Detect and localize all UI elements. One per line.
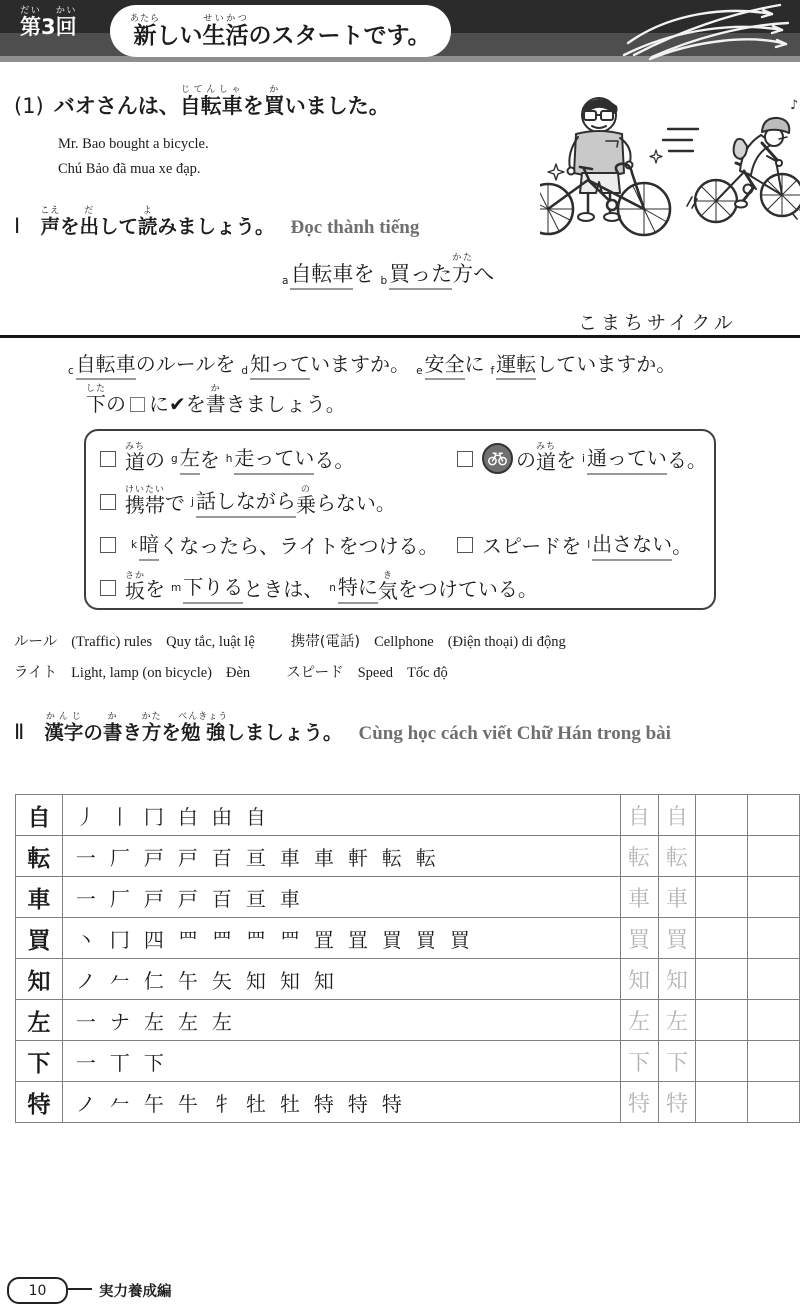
text-run: の [145, 444, 165, 473]
practice-kanji-cell: 特 [620, 1082, 658, 1123]
practice-kanji-cell: 左 [658, 1000, 696, 1041]
stroke-order-cell: 一厂戸戸百亘車車軒転転 [62, 836, 620, 877]
stroke-step: 丅 [103, 1047, 137, 1076]
text-run: のスタートです。 [249, 23, 431, 49]
checklist-item: スピードをl出さない。 [457, 523, 714, 566]
text-run: していますか。 [536, 352, 676, 376]
blank-practice-cell [696, 836, 748, 877]
answer-underlined-text: 下りる [183, 571, 243, 604]
text-run: の [516, 444, 536, 473]
vocab-translation-english: Speed [358, 665, 393, 681]
answer-underlined-text: 暗 [139, 528, 159, 561]
page-number: 10 [29, 1283, 47, 1299]
stroke-step: 矢 [205, 965, 239, 994]
text-run: を [186, 392, 206, 416]
practice-kanji-cell: 転 [658, 836, 696, 877]
blank-practice-cell [748, 1082, 800, 1123]
stroke-step: 下 [137, 1047, 171, 1076]
text-with-furigana: 下した [86, 392, 106, 416]
blank-practice-cell [748, 877, 800, 918]
stroke-step: 厂 [103, 842, 137, 871]
blank-practice-cell [696, 795, 748, 836]
stroke-step: 一 [69, 883, 103, 912]
text-run: をつけている。 [398, 573, 538, 602]
text-run: バオさんは、 [54, 94, 180, 118]
text-with-furigana: 書か [103, 721, 123, 744]
stroke-step: 罒 [239, 924, 273, 953]
furigana: じてんしゃ [180, 85, 243, 95]
speeding-cyclist-illustration: ♪ [663, 98, 800, 222]
blank-practice-cell [748, 1000, 800, 1041]
text-run: る。 [314, 444, 354, 473]
text-with-furigana: 方かた [142, 721, 162, 744]
blank-practice-cell [748, 918, 800, 959]
practice-kanji-cell: 買 [658, 918, 696, 959]
text-run: ✔ [169, 392, 186, 416]
text-with-furigana: 出だ [79, 215, 99, 238]
practice-kanji-cell: 知 [658, 959, 696, 1000]
section1-heading: Ⅰ声こえを出だして読よみましょう。Đọc thành tiếng [14, 202, 419, 239]
stroke-step: 左 [171, 1006, 205, 1035]
stroke-order-cell: ノ𠂉仁午矢知知知 [62, 959, 620, 1000]
page-number-pill: 10 [7, 1277, 68, 1304]
text-run: して [99, 215, 138, 238]
stroke-order-cell: 一厂戸戸百亘車 [62, 877, 620, 918]
stroke-step: 白 [171, 801, 205, 830]
stroke-order-cell: 一ナ左左左 [62, 1000, 620, 1041]
stroke-step: 買 [375, 924, 409, 953]
vocab-term-japanese: スピード [286, 665, 343, 681]
text-run: スピードを [482, 530, 581, 559]
text-run: のルールを [136, 352, 236, 376]
section2-numeral: Ⅱ [14, 720, 24, 744]
answer-underlined-text: 出さない [592, 528, 672, 561]
kanji-cell: 左 [16, 1000, 63, 1041]
footer-connector-line [68, 1288, 92, 1290]
text-run: きましょう。 [226, 392, 346, 416]
kanji-table-row: 左一ナ左左左左左 [16, 1000, 800, 1041]
stroke-step: 甶 [205, 801, 239, 830]
vocab-translation-english: (Traffic) rules [71, 634, 152, 650]
blank-practice-cell [696, 1082, 748, 1123]
practice-kanji-cell: 車 [620, 877, 658, 918]
stroke-step: 亘 [239, 842, 273, 871]
answer-letter: l [587, 539, 590, 551]
text-run: しい [157, 23, 203, 49]
practice-kanji-cell: 自 [620, 795, 658, 836]
standing-man-illustration [568, 98, 633, 221]
vocab-translation-english: Light, lamp (on bicycle) [71, 665, 212, 681]
kanji-table-body: 自丿丨冂白甶自自自転一厂戸戸百亘車車軒転転転転車一厂戸戸百亘車車車買丶冂四罒罒罒… [16, 795, 800, 1123]
stroke-step: 丨 [103, 801, 137, 830]
furigana: べんきょう [178, 712, 228, 722]
text-run: らない。 [316, 487, 396, 516]
text-run: の [83, 721, 103, 744]
text-run: を [145, 573, 165, 602]
text-with-furigana: 乗の [296, 485, 316, 518]
stroke-step: 午 [137, 1088, 171, 1117]
stroke-step: 知 [239, 965, 273, 994]
vocab-term-japanese: ライト [14, 665, 57, 681]
text-run: に [149, 392, 169, 416]
checkbox-icon [100, 451, 116, 467]
kanji-table-row: 知ノ𠂉仁午矢知知知知知 [16, 959, 800, 1000]
vocab-translation-english: Cellphone [374, 634, 434, 650]
text-run: を [556, 444, 576, 473]
checkbox-icon [130, 397, 145, 412]
lesson-number: 第だい3回かい [20, 6, 77, 38]
bicycle-shop-name: こまちサイクル [578, 301, 737, 335]
blank-practice-cell [696, 918, 748, 959]
stroke-step: 厂 [103, 883, 137, 912]
vocab-line-2: ライトLight, lamp (on bicycle)ĐènスピードSpeedT… [14, 653, 484, 682]
practice-kanji-cell: 特 [658, 1082, 696, 1123]
sparkle-icon [650, 150, 662, 163]
stroke-step: 亘 [239, 883, 273, 912]
stroke-step: 車 [273, 883, 307, 912]
text-run: いますか。 [310, 352, 410, 376]
checklist-item: 携帯けいたいでj話しながら乗のらない。 [100, 480, 714, 523]
checkbox-icon [100, 494, 116, 510]
stroke-step: 左 [137, 1006, 171, 1035]
checkbox-icon [457, 537, 473, 553]
text-with-furigana: 読よ [138, 215, 158, 238]
text-run: 3 [41, 15, 56, 39]
text-run: に [465, 352, 485, 376]
kanji-cell: 自 [16, 795, 63, 836]
stroke-step: 一 [69, 1006, 103, 1035]
text-run: ときは、 [243, 573, 323, 602]
blank-practice-cell [748, 959, 800, 1000]
text-run: を [243, 94, 264, 118]
answer-letter: a [282, 275, 288, 287]
blank-practice-cell [696, 877, 748, 918]
text-with-furigana: 気き [378, 571, 398, 604]
answer-letter: m [171, 582, 181, 594]
stroke-step: ノ [69, 1088, 103, 1117]
text-run: で [165, 487, 185, 516]
text-run: へ [473, 262, 494, 286]
bicycle-illustration: ♪ [540, 85, 800, 245]
question-sentence: c自転車のルールをd知っていますか。e安全にf運転していますか。 [62, 341, 676, 377]
furigana: よ [138, 206, 158, 216]
text-run: しましょう。 [225, 721, 342, 744]
kanji-cell: 車 [16, 877, 63, 918]
furigana: みち [536, 442, 556, 452]
checkbox-icon [100, 580, 116, 596]
kanji-stroke-order-table: 自丿丨冂白甶自自自転一厂戸戸百亘車車軒転転転転車一厂戸戸百亘車車車買丶冂四罒罒罒… [15, 794, 800, 1123]
checklist-item: 道みちのg左をh走っている。 [100, 437, 457, 480]
stroke-step: 百 [205, 883, 239, 912]
stroke-step: 買 [443, 924, 477, 953]
practice-kanji-cell: 知 [620, 959, 658, 1000]
kanji-cell: 転 [16, 836, 63, 877]
text-with-furigana: 漢字かんじ [44, 721, 83, 744]
stroke-step: 一 [69, 842, 103, 871]
furigana: さか [125, 571, 145, 581]
music-note-icon: ♪ [790, 98, 798, 113]
stroke-step: 冂 [103, 924, 137, 953]
text-run: の [106, 392, 126, 416]
section1-numeral: Ⅰ [14, 214, 20, 238]
text-run: を [200, 444, 220, 473]
stroke-step: 四 [137, 924, 171, 953]
text-run: みましょう。 [158, 215, 275, 238]
stroke-step: 知 [273, 965, 307, 994]
stroke-step: 軒 [341, 842, 375, 871]
bicycle-icon [482, 443, 513, 474]
answer-letter: c [68, 365, 74, 377]
furigana: の [296, 485, 316, 495]
stroke-step: 牜 [205, 1088, 239, 1117]
stroke-step: 戸 [137, 883, 171, 912]
furigana: かい [56, 6, 77, 16]
text-with-furigana: 道みち [536, 442, 556, 475]
checklist-box: 道みちのg左をh走っている。の道みちをi通っている。携帯けいたいでj話しながら乗… [84, 429, 716, 610]
stroke-step: 丶 [69, 924, 103, 953]
answer-letter: k [131, 539, 137, 551]
kanji-table-row: 車一厂戸戸百亘車車車 [16, 877, 800, 918]
text-with-furigana: 声こえ [40, 215, 60, 238]
kanji-cell: 下 [16, 1041, 63, 1082]
answer-underlined-text: 自転車 [76, 352, 136, 380]
text-with-furigana: 買か [264, 94, 285, 118]
answer-underlined-text: 買った [389, 262, 452, 290]
answer-letter: n [329, 582, 336, 594]
blank-practice-cell [748, 1041, 800, 1082]
page-header: 第だい3回かい 新あたらしい生活せいかつのスタートです。 [0, 0, 800, 62]
section1-heading-japanese: 声こえを出だして読よみましょう。 [40, 215, 274, 238]
text-with-furigana: 携帯けいたい [125, 485, 165, 518]
stroke-order-cell: 丶冂四罒罒罒罒罝罝買買買 [62, 918, 620, 959]
answer-underlined-text: 安全 [425, 352, 465, 380]
furigana: かた [142, 712, 162, 722]
answer-letter: b [380, 275, 387, 287]
instruction-sentence: 下したのに✔を書かきましょう。 [86, 381, 346, 416]
checklist-item: 坂さかをm下りるときは、n特に気きをつけている。 [100, 566, 714, 609]
stroke-step: 牛 [171, 1088, 205, 1117]
text-with-furigana: 勉強べんきょう [181, 721, 226, 744]
text-with-furigana: 自転車じてんしゃ [180, 94, 243, 118]
answer-letter: h [226, 453, 233, 465]
checklist-item: k暗くなったら、ライトをつける。 [100, 523, 457, 566]
stroke-order-cell: 丿丨冂白甶自 [62, 795, 620, 836]
blank-practice-cell [696, 959, 748, 1000]
furigana: した [86, 384, 106, 394]
stroke-step: 特 [307, 1088, 341, 1117]
answer-letter: e [416, 365, 422, 377]
stroke-step: 牡 [239, 1088, 273, 1117]
stroke-step: 車 [307, 842, 341, 871]
text-run: を [60, 215, 80, 238]
furigana: こえ [40, 206, 60, 216]
furigana: あたら [130, 14, 160, 24]
blank-practice-cell [748, 836, 800, 877]
stroke-step: 罒 [205, 924, 239, 953]
stroke-step: 転 [409, 842, 443, 871]
lesson-title-pill: 新あたらしい生活せいかつのスタートです。 [110, 5, 451, 57]
stroke-step: 百 [205, 842, 239, 871]
answer-underlined-text: 左 [180, 442, 200, 475]
answer-underlined-text: 特に [338, 571, 378, 604]
text-with-furigana: 坂さか [125, 571, 145, 604]
practice-kanji-cell: 左 [620, 1000, 658, 1041]
stroke-step: 罒 [171, 924, 205, 953]
practice-kanji-cell: 買 [620, 918, 658, 959]
stroke-step: 罝 [307, 924, 341, 953]
checkbox-icon [457, 451, 473, 467]
stroke-step: 午 [171, 965, 205, 994]
furigana: か [206, 384, 226, 394]
text-run: くなったら、ライトをつける。 [159, 530, 438, 559]
text-run: き [122, 721, 142, 744]
kanji-cell: 特 [16, 1082, 63, 1123]
blank-practice-cell [696, 1041, 748, 1082]
checklist-item: の道みちをi通っている。 [457, 437, 714, 480]
stroke-step: 戸 [171, 883, 205, 912]
answer-underlined-text: 通ってい [587, 442, 667, 475]
stroke-step: 𠂉 [103, 1088, 137, 1117]
vocab-translation-vietnamese: Đèn [226, 665, 250, 681]
kanji-table-row: 特ノ𠂉午牛牜牡牡特特特特特 [16, 1082, 800, 1123]
stroke-step: ナ [103, 1006, 137, 1035]
vocab-term-japanese: ルール [14, 634, 57, 650]
answer-letter: g [171, 453, 178, 465]
kanji-table-row: 買丶冂四罒罒罒罒罝罝買買買買買 [16, 918, 800, 959]
stroke-step: 戸 [171, 842, 205, 871]
stroke-step: 戸 [137, 842, 171, 871]
section1-heading-vietnamese: Đọc thành tiếng [291, 217, 420, 238]
stroke-order-cell: ノ𠂉午牛牜牡牡特特特 [62, 1082, 620, 1123]
furigana: かんじ [44, 712, 83, 722]
stroke-step: 特 [341, 1088, 375, 1117]
practice-kanji-cell: 下 [620, 1041, 658, 1082]
furigana: き [378, 571, 398, 581]
answer-underlined-text: 話しながら [196, 485, 296, 518]
intro-sentence: バオさんは、自転車じてんしゃを買かいました。 [54, 94, 390, 118]
glasses-icon [584, 111, 596, 120]
stroke-order-cell: 一丅下 [62, 1041, 620, 1082]
furigana: みち [125, 442, 145, 452]
stroke-step: 牡 [273, 1088, 307, 1117]
text-with-furigana: 道みち [125, 442, 145, 475]
answer-letter: i [582, 453, 585, 465]
text-run: る。 [667, 444, 707, 473]
blank-practice-cell [748, 795, 800, 836]
vocab-line-1: ルール(Traffic) rulesQuy tắc, luật lệ携帯(電話)… [14, 622, 602, 651]
textbook-page: 第だい3回かい 新あたらしい生活せいかつのスタートです。 (1)バオさんは、自転… [0, 0, 800, 1307]
kanji-table-row: 下一丅下下下 [16, 1041, 800, 1082]
stroke-step: 自 [239, 801, 273, 830]
furigana: かた [452, 253, 473, 263]
practice-kanji-cell: 下 [658, 1041, 696, 1082]
text-with-furigana: 生活せいかつ [203, 23, 249, 49]
stroke-step: 罒 [273, 924, 307, 953]
section-divider-rule [0, 335, 800, 338]
kanji-cell: 買 [16, 918, 63, 959]
furigana: せいかつ [203, 14, 249, 24]
furigana: か [264, 85, 285, 95]
blank-practice-cell [696, 1000, 748, 1041]
stroke-step: 丿 [69, 801, 103, 830]
furigana: けいたい [125, 485, 165, 495]
stroke-step: 一 [69, 1047, 103, 1076]
furigana: だ [79, 206, 99, 216]
stroke-step: 左 [205, 1006, 239, 1035]
text-with-furigana: 書か [206, 392, 226, 416]
translation-vietnamese: Chú Bảo đã mua xe đạp. [58, 149, 201, 178]
text-with-furigana: 新あたら [130, 23, 157, 49]
stroke-step: 仁 [137, 965, 171, 994]
furigana: だい [20, 6, 41, 16]
answer-letter: j [191, 496, 194, 508]
book-section-title: 実力養成編 [99, 1280, 172, 1301]
text-with-furigana: 方かた [452, 262, 473, 286]
section2-heading-japanese: 漢字かんじの書かき方かたを勉強べんきょうしましょう。 [44, 721, 342, 744]
stroke-step: 特 [375, 1088, 409, 1117]
furigana: か [103, 712, 123, 722]
vocab-translation-vietnamese: Quy tắc, luật lệ [166, 634, 255, 650]
checkbox-icon [100, 537, 116, 553]
text-run: を [353, 262, 374, 286]
helmet-icon [762, 118, 789, 133]
stroke-step: ノ [69, 965, 103, 994]
answer-underlined-text: 運転 [496, 352, 536, 380]
reading-practice-line: a自転車をb買った方かたへ [276, 250, 494, 287]
stroke-step: 車 [273, 842, 307, 871]
kanji-table-row: 転一厂戸戸百亘車車軒転転転転 [16, 836, 800, 877]
intro-sentence-line: (1)バオさんは、自転車じてんしゃを買かいました。 [14, 82, 390, 118]
vocab-translation-vietnamese: Tốc độ [407, 665, 448, 681]
answer-underlined-text: 知って [250, 352, 310, 380]
section2-heading-vietnamese: Cùng học cách viết Chữ Hán trong bài [358, 723, 670, 744]
stroke-step: 罝 [341, 924, 375, 953]
practice-kanji-cell: 自 [658, 795, 696, 836]
stroke-step: 転 [375, 842, 409, 871]
stroke-step: 知 [307, 965, 341, 994]
text-run: 。 [672, 530, 692, 559]
swoosh-arrows-decoration [622, 1, 794, 61]
answer-underlined-text: 自転車 [290, 262, 353, 290]
stroke-step: 買 [409, 924, 443, 953]
text-with-furigana: 回かい [56, 15, 77, 39]
answer-letter: d [241, 365, 248, 377]
answer-letter: f [491, 365, 495, 377]
kanji-cell: 知 [16, 959, 63, 1000]
vocab-translation-vietnamese: (Điện thoại) di động [448, 634, 566, 650]
item-number: (1) [14, 94, 44, 118]
lesson-title: 新あたらしい生活せいかつのスタートです。 [130, 14, 431, 48]
text-run: いました。 [285, 94, 390, 118]
kanji-table-row: 自丿丨冂白甶自自自 [16, 795, 800, 836]
practice-kanji-cell: 転 [620, 836, 658, 877]
stroke-step: 冂 [137, 801, 171, 830]
sparkle-icon [548, 164, 564, 180]
section2-heading: Ⅱ漢字かんじの書かき方かたを勉強べんきょうしましょう。Cùng học cách… [14, 708, 671, 745]
text-with-furigana: 第だい [20, 15, 41, 39]
vocab-term-japanese: 携帯(電話) [291, 634, 360, 650]
stroke-step: 𠂉 [103, 965, 137, 994]
answer-underlined-text: 走ってい [234, 442, 314, 475]
practice-kanji-cell: 車 [658, 877, 696, 918]
